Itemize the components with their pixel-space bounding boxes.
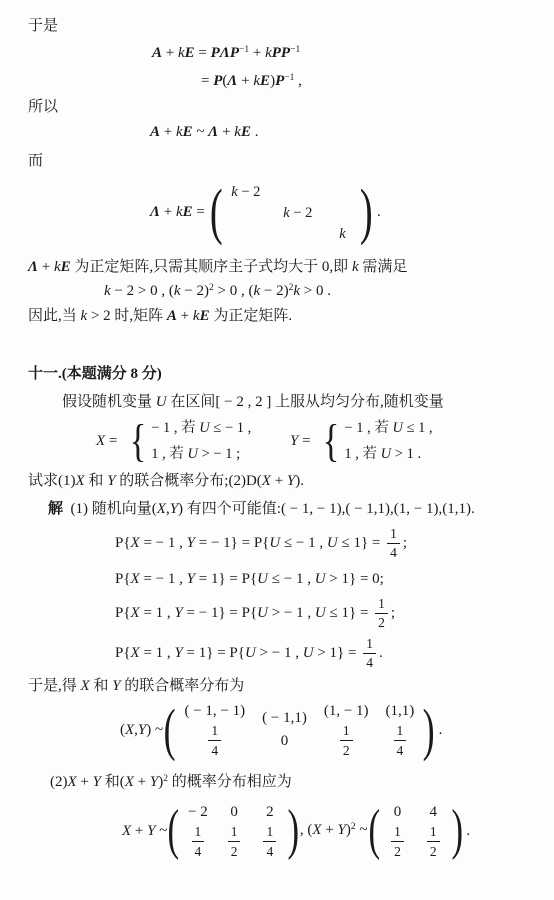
matrix-equation-lhs: Λ + kE = <box>150 202 209 222</box>
so-label: 所以 <box>28 97 58 117</box>
matrix-equation: Λ + kE = ( k − 2 k − 2 k ) . <box>150 180 381 244</box>
probability-line-3: P{X = 1 , Y = − 1} = P{U > − 1 , U ≤ 1} … <box>115 594 395 632</box>
ask-line: 试求(1)X 和 Y 的联合概率分布;(2)D(X + Y). <box>28 471 304 491</box>
fraction: 12 <box>427 825 440 858</box>
diagonal-matrix: k − 2 k − 2 k <box>227 181 355 243</box>
value-pair: (1, − 1) <box>324 703 369 719</box>
joint-lhs: (X,Y) ~ <box>120 720 163 740</box>
left-brace: { <box>130 420 147 461</box>
matrix-cell-2: k − 2 <box>283 203 312 223</box>
matrix-column: 4 12 <box>424 804 443 858</box>
right-paren: ) <box>423 706 435 754</box>
equation-expand-line1: A + kE = PΛP−1 + kPP−1 <box>152 43 300 65</box>
probability-line-4: P{X = 1 , Y = 1} = P{U > − 1 , U > 1} = … <box>115 634 383 672</box>
left-brace: { <box>323 420 340 461</box>
case-row: 1 , 若 U > − 1 ; <box>151 444 251 464</box>
matrix-column: 2 14 <box>260 804 279 858</box>
fraction: 12 <box>391 825 404 858</box>
definition-x-lhs: X = <box>96 431 121 451</box>
inequalities-line: k − 2 > 0 , (k − 2)2 > 0 , (k − 2)2k > 0… <box>104 281 331 303</box>
probability-expression: P{X = 1 , Y = 1} = P{U > − 1 , U > 1} = <box>115 643 360 663</box>
fraction: 12 <box>228 825 241 858</box>
line-tail: ; <box>403 533 407 553</box>
fraction: 14 <box>263 825 276 858</box>
line-tail: ; <box>380 569 384 589</box>
left-paren: ( <box>168 808 180 854</box>
positive-definite-line: Λ + kE 为正定矩阵,只需其顺序主子式均大于 0,即 k 需满足 <box>28 257 407 277</box>
thus-label: 于是 <box>28 16 58 36</box>
value-pair: ( − 1,1) <box>262 710 307 726</box>
equation-expand-line2: = P(Λ + kE)P−1 , <box>201 71 302 93</box>
fraction: 14 <box>394 724 407 757</box>
matrix-column: ( − 1, − 1) 14 <box>184 703 245 757</box>
probability-expression: P{X = − 1 , Y = 1} = P{U ≤ − 1 , U > 1} … <box>115 569 372 589</box>
table-period: . <box>439 720 443 740</box>
definition-x-cases: − 1 , 若 U ≤ − 1 , 1 , 若 U > − 1 ; <box>151 418 251 464</box>
definition-y-lhs: Y = <box>290 431 314 451</box>
fraction: 12 <box>340 724 353 757</box>
fraction: 14 <box>192 825 205 858</box>
probability-value: 0 <box>281 731 289 751</box>
case-row: 1 , 若 U > 1 . <box>344 444 432 464</box>
distribution-matrix: ( − 1, − 1) 14 ( − 1,1) 0 (1, − 1) 12 (1… <box>176 703 422 757</box>
fraction: 14 <box>208 724 221 757</box>
joint-distribution-table: (X,Y) ~ ( ( − 1, − 1) 14 ( − 1,1) 0 (1, … <box>120 699 442 761</box>
probability-line-2: P{X = − 1 , Y = 1} = P{U ≤ − 1 , U > 1} … <box>115 566 384 592</box>
probability-value: 0 <box>372 569 380 589</box>
value-label: − 2 <box>188 804 208 820</box>
fraction: 12 <box>375 597 388 630</box>
matrix-column: − 2 14 <box>188 804 208 858</box>
conclusion-line: 因此,当 k > 2 时,矩阵 A + kE 为正定矩阵. <box>28 306 292 326</box>
case-row: − 1 , 若 U ≤ 1 , <box>344 418 432 438</box>
value-pair: ( − 1, − 1) <box>184 703 245 719</box>
problem-11-heading: 十一.(本题满分 8 分) <box>28 364 162 384</box>
probability-line-1: P{X = − 1 , Y = − 1} = P{U ≤ − 1 , U ≤ 1… <box>115 524 407 562</box>
matrix-period: . <box>377 202 381 222</box>
square-distribution-lhs: , (X + Y)2 ~ <box>300 820 368 842</box>
joint-distribution-intro: 于是,得 X 和 Y 的联合概率分布为 <box>28 676 244 696</box>
matrix-cell-1: k − 2 <box>231 182 260 202</box>
part2-intro-line: (2)X + Y 和(X + Y)2 的概率分布相应为 <box>50 772 292 794</box>
left-paren: ( <box>368 808 380 854</box>
case-row: − 1 , 若 U ≤ − 1 , <box>151 418 251 438</box>
sum-distribution-matrix: − 2 14 0 12 2 14 <box>180 804 287 858</box>
document-page: 于是 A + kE = PΛP−1 + kPP−1 = P(Λ + kE)P−1… <box>0 0 554 900</box>
solution-line: 解 (1) 随机向量(X,Y) 有四个可能值:( − 1, − 1),( − 1… <box>48 499 475 519</box>
line-tail: . <box>379 643 383 663</box>
matrix-cell-3: k <box>339 224 345 244</box>
square-distribution-matrix: 0 12 4 12 <box>380 804 451 858</box>
sum-distribution-line: X + Y ~ ( − 2 14 0 12 2 14 ) , (X + Y)2 … <box>122 799 470 863</box>
table-period: . <box>466 821 470 841</box>
probability-expression: P{X = 1 , Y = − 1} = P{U > − 1 , U ≤ 1} … <box>115 603 372 623</box>
sum-lhs: X + Y ~ <box>122 821 167 841</box>
problem-intro-line: 假设随机变量 U 在区间[ − 2 , 2 ] 上服从均匀分布,随机变量 <box>62 392 444 412</box>
matrix-column: 0 12 <box>388 804 407 858</box>
right-paren: ) <box>451 808 463 854</box>
equation-similar: A + kE ~ Λ + kE . <box>150 122 258 142</box>
and-label: 而 <box>28 151 43 171</box>
value-label: 4 <box>430 804 438 820</box>
matrix-column: (1,1) 14 <box>386 703 415 757</box>
value-label: 0 <box>394 804 402 820</box>
definition-x: X = { − 1 , 若 U ≤ − 1 , 1 , 若 U > − 1 ; <box>96 415 251 467</box>
left-paren: ( <box>210 187 223 238</box>
value-pair: (1,1) <box>386 703 415 719</box>
probability-expression: P{X = − 1 , Y = − 1} = P{U ≤ − 1 , U ≤ 1… <box>115 533 384 553</box>
line-tail: ; <box>391 603 395 623</box>
matrix-column: ( − 1,1) 0 <box>262 710 307 751</box>
definition-y: Y = { − 1 , 若 U ≤ 1 , 1 , 若 U > 1 . <box>290 415 433 467</box>
definition-y-cases: − 1 , 若 U ≤ 1 , 1 , 若 U > 1 . <box>344 418 432 464</box>
value-label: 0 <box>230 804 238 820</box>
matrix-column: 0 12 <box>225 804 244 858</box>
right-paren: ) <box>288 808 300 854</box>
matrix-column: (1, − 1) 12 <box>324 703 369 757</box>
value-label: 2 <box>266 804 274 820</box>
fraction: 14 <box>363 637 376 670</box>
left-paren: ( <box>164 706 176 754</box>
fraction: 14 <box>387 527 400 560</box>
right-paren: ) <box>360 187 373 238</box>
